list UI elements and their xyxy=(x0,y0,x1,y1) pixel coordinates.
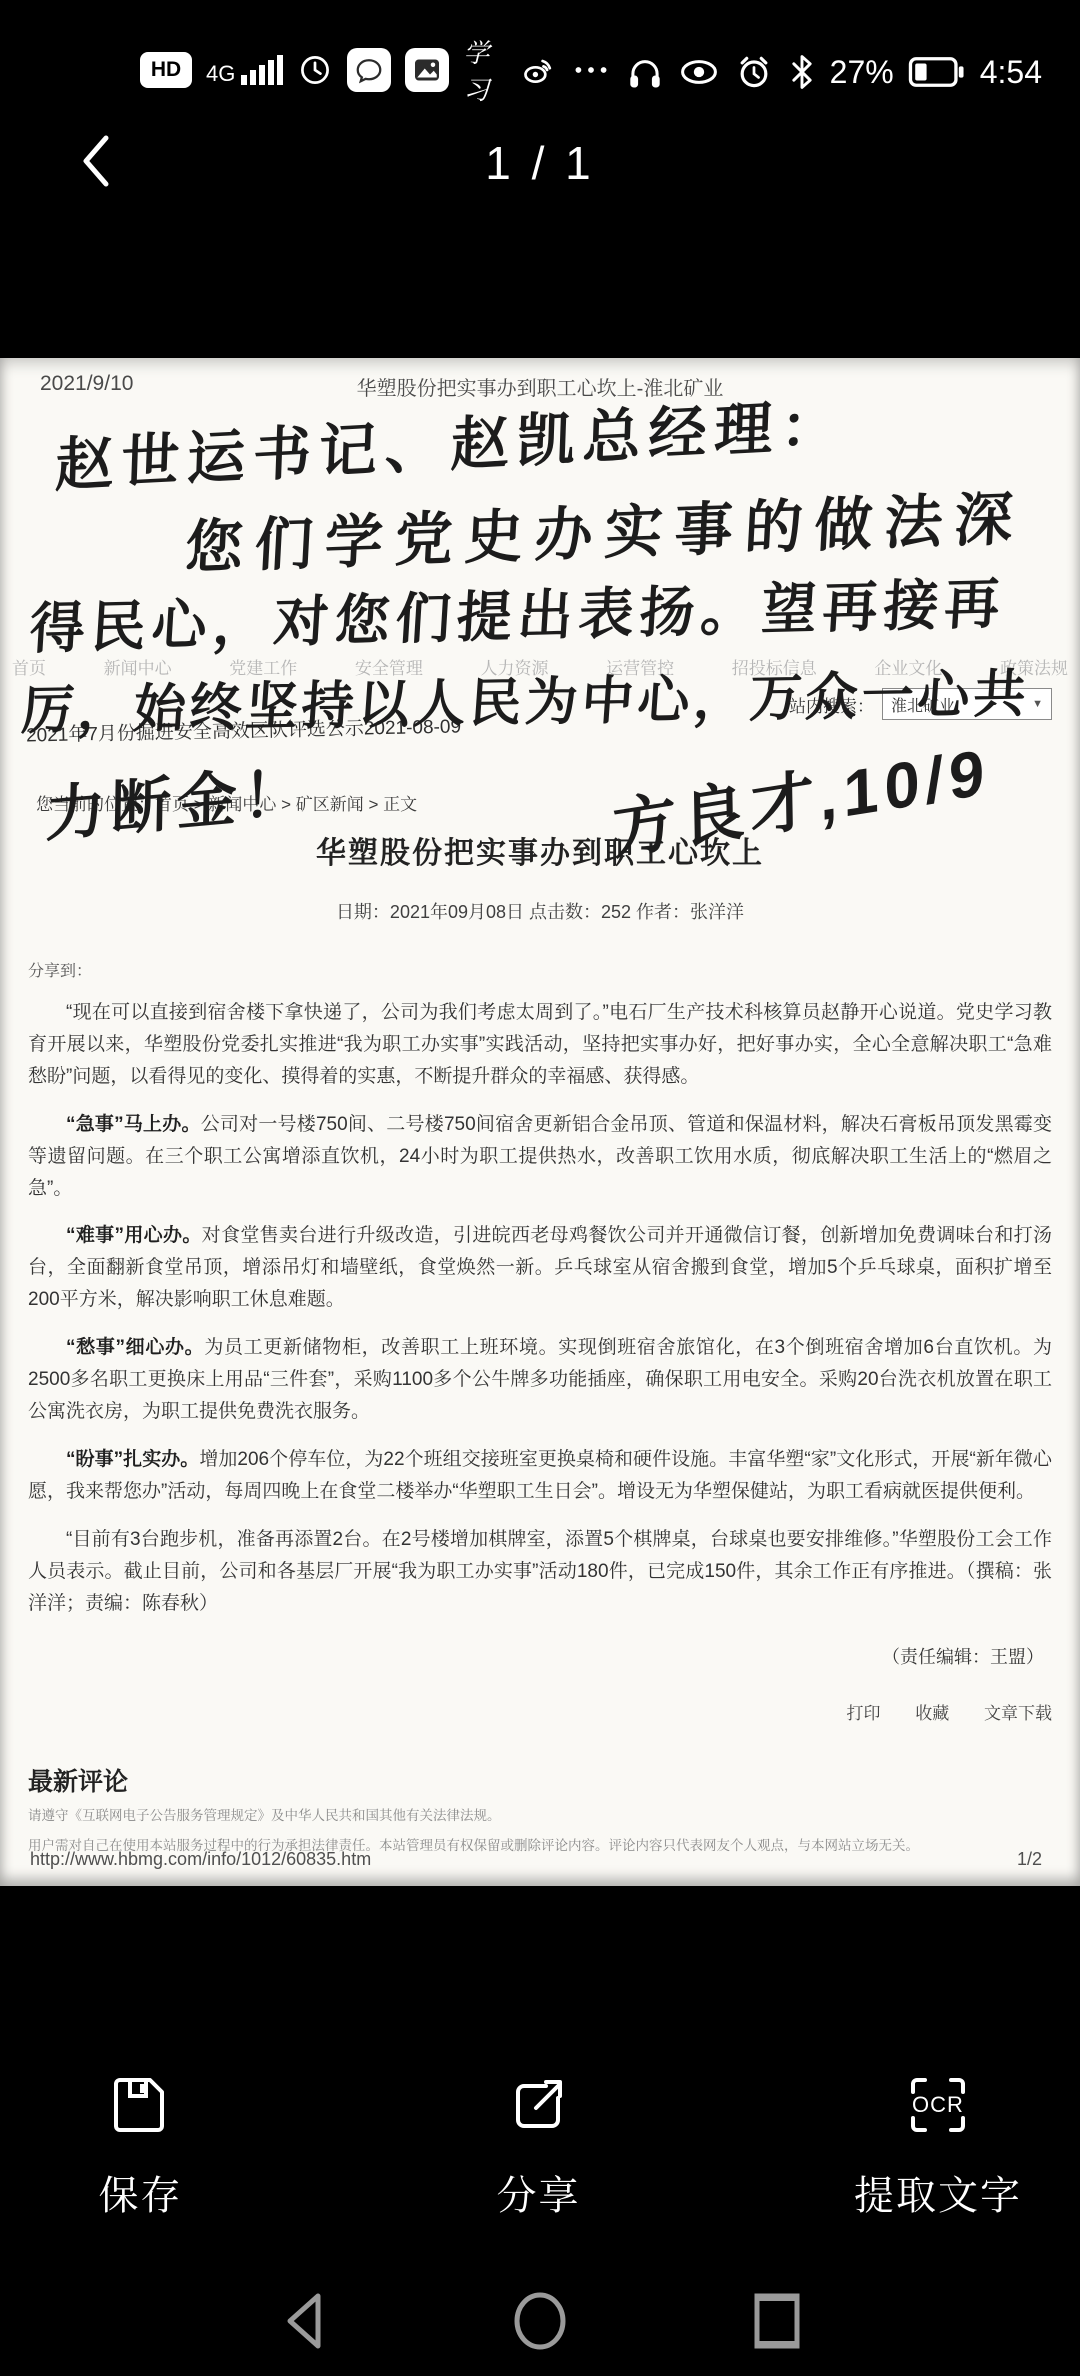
ocr-icon: OCR xyxy=(905,2072,971,2138)
download-link[interactable]: 文章下载 xyxy=(984,1704,1052,1723)
alarm-icon xyxy=(734,52,774,92)
article-title: 华塑股份把实事办到职工心坎上 xyxy=(28,828,1052,872)
back-triangle-icon[interactable] xyxy=(272,2286,342,2356)
article-body: “现在可以直接到宿舍楼下拿快递了，公司为我们考虑太周到了。”电石厂生产技术科核算… xyxy=(28,997,1052,1619)
signal-bars-icon xyxy=(241,55,283,85)
ocr-icon-text: OCR xyxy=(905,2072,971,2138)
viewer-header: 1 / 1 xyxy=(0,108,1080,218)
editor-note: （责任编辑：王盟） xyxy=(28,1643,1052,1669)
status-bar: HD 4G 学习 xyxy=(0,0,1080,100)
back-chevron-icon[interactable] xyxy=(62,126,132,196)
save-label: 保存 xyxy=(99,2164,183,2221)
paragraph-lead: “难事”用心办。 xyxy=(66,1225,202,1246)
paragraph-text: “现在可以直接到宿舍楼下拿快递了，公司为我们考虑太周到了。”电石厂生产技术科核算… xyxy=(28,1002,1052,1087)
share-label: 分享 xyxy=(497,2164,581,2221)
android-nav-bar xyxy=(0,2272,1080,2376)
share-icon xyxy=(506,2072,572,2138)
bluetooth-icon xyxy=(788,52,816,92)
hd-badge: HD xyxy=(140,52,192,88)
print-link[interactable]: 打印 xyxy=(847,1704,881,1723)
ocr-label: 提取文字 xyxy=(854,2164,1022,2221)
signal-4g: 4G xyxy=(206,55,283,85)
share-to-label: 分享到： xyxy=(28,958,1052,981)
article-meta: 日期：2021年09月08日 点击数：252 作者：张洋洋 xyxy=(28,898,1052,924)
share-button[interactable]: 分享 xyxy=(456,2072,621,2262)
action-bar: 保存 分享 OCR 提取文字 xyxy=(0,2072,1080,2262)
clock-icon xyxy=(297,52,333,88)
paragraph-lead: “急事”马上办。 xyxy=(66,1114,201,1135)
more-icon xyxy=(571,52,611,88)
article: 华塑股份把实事办到职工心坎上 日期：2021年09月08日 点击数：252 作者… xyxy=(0,358,1080,1858)
battery-icon xyxy=(908,54,966,90)
eye-comfort-icon xyxy=(678,53,720,91)
article-paragraph: “急事”马上办。公司对一号楼750间、二号楼750间宿舍更新铝合金吊顶、管道和保… xyxy=(28,1109,1052,1205)
comments-rule: 用户需对自己在使用本站服务过程中的行为承担法律责任。本站管理员有权保留或删除评论… xyxy=(28,1834,1052,1858)
gallery-app-icon xyxy=(405,48,449,92)
article-toolbar: 打印 收藏 文章下载 xyxy=(28,1699,1052,1724)
comments-title: 最新评论 xyxy=(28,1762,1052,1798)
paragraph-lead: “盼事”扎实办。 xyxy=(66,1449,199,1470)
save-button[interactable]: 保存 xyxy=(58,2072,223,2262)
article-paragraph: “目前有3台跑步机，准备再添置2台。在2号楼增加棋牌室，添置5个棋牌桌，台球桌也… xyxy=(28,1524,1052,1620)
article-paragraph: “盼事”扎实办。增加206个停车位，为22个班组交接班室更换桌椅和硬件设施。丰富… xyxy=(28,1444,1052,1508)
network-type-label: 4G xyxy=(206,63,235,85)
battery-percent-label: 27% xyxy=(830,54,894,91)
article-paragraph: “现在可以直接到宿舍楼下拿快递了，公司为我们考虑太周到了。”电石厂生产技术科核算… xyxy=(28,997,1052,1093)
scanned-document[interactable]: 2021/9/10 华塑股份把实事办到职工心坎上-淮北矿业 首页 新闻中心 党建… xyxy=(0,358,1080,1886)
clock-time-label: 4:54 xyxy=(980,54,1042,91)
comments-section: 最新评论 请遵守《互联网电子公告服务管理规定》及中华人民共和国其他有关法律法规。… xyxy=(28,1762,1052,1857)
recents-square-icon[interactable] xyxy=(742,2286,812,2356)
xuexi-app-icon: 学习 xyxy=(463,48,507,92)
comments-rule: 请遵守《互联网电子公告服务管理规定》及中华人民共和国其他有关法律法规。 xyxy=(28,1804,1052,1828)
headphones-icon xyxy=(626,53,664,91)
paragraph-lead: “愁事”细心办。 xyxy=(66,1337,204,1358)
article-paragraph: “难事”用心办。对食堂售卖台进行升级改造，引进皖西老母鸡餐饮公司并开通微信订餐，… xyxy=(28,1220,1052,1316)
save-icon xyxy=(108,2072,174,2138)
weibo-app-icon xyxy=(521,52,557,88)
ocr-button[interactable]: OCR 提取文字 xyxy=(854,2072,1022,2262)
article-paragraph: “愁事”细心办。为员工更新储物柜，改善职工上班环境。实现倒班宿舍旅馆化，在3个倒… xyxy=(28,1332,1052,1428)
xuexi-icon-text: 学习 xyxy=(463,33,507,107)
favorite-link[interactable]: 收藏 xyxy=(915,1704,949,1723)
paragraph-text: “目前有3台跑步机，准备再添置2台。在2号楼增加棋牌室，添置5个棋牌桌，台球桌也… xyxy=(28,1529,1052,1614)
page-indicator: 1 / 1 xyxy=(0,136,1080,190)
home-circle-icon[interactable] xyxy=(505,2286,575,2356)
chat-app-icon xyxy=(347,48,391,92)
